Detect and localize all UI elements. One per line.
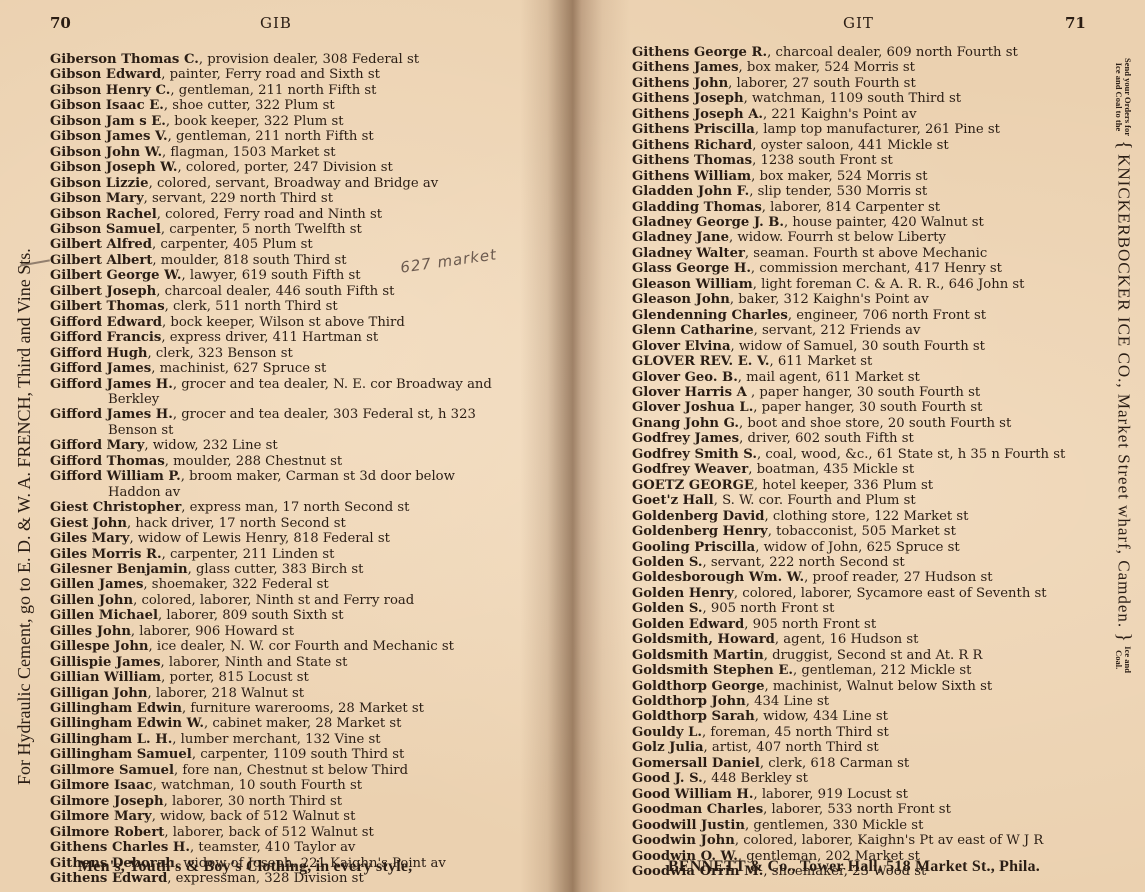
entry-name: Glass George H. (632, 261, 751, 276)
directory-entry: Glendenning Charles, engineer, 706 north… (632, 308, 1102, 323)
directory-entry: Gibson Mary, servant, 229 north Third st (50, 191, 510, 206)
entry-details: , slip tender, 530 Morris st (749, 184, 927, 199)
entry-details: , mail agent, 611 Market st (738, 370, 920, 385)
entry-name: Gillen James (50, 577, 143, 592)
directory-entry: Gilmore Isaac, watchman, 10 south Fourth… (50, 778, 510, 793)
entry-details: , artist, 407 north Third st (704, 740, 879, 755)
directory-entry: Gibson Lizzie, colored, servant, Broadwa… (50, 176, 510, 191)
directory-entry: Gladding Thomas, laborer, 814 Carpenter … (632, 200, 1102, 215)
entry-name: Good J. S. (632, 771, 703, 786)
directory-entry: Gillingham Edwin, furniture warerooms, 2… (50, 701, 510, 716)
directory-entry: Gilles John, laborer, 906 Howard st (50, 624, 510, 639)
ad-lead-text: Send your Orders for Ice and Coal to the (1115, 58, 1133, 136)
entry-name: Gilesner Benjamin (50, 562, 188, 577)
directory-entry: Goldthorp George, machinist, Walnut belo… (632, 679, 1102, 694)
entry-name: Githens Thomas (632, 153, 752, 168)
directory-entry: Giest Christopher, express man, 17 north… (50, 500, 510, 515)
running-head: GIT (843, 14, 874, 32)
entry-name: Gibson Joseph W. (50, 160, 178, 175)
entry-name: Gillingham Samuel (50, 747, 192, 762)
entry-details: , boatman, 435 Mickle st (748, 462, 914, 477)
entry-details: , colored, laborer, Sycamore east of Sev… (734, 586, 1047, 601)
directory-entry: Gifford Mary, widow, 232 Line st (50, 438, 510, 453)
entry-details: , proof reader, 27 Hudson st (804, 570, 992, 585)
directory-entry: Gleason William, light foreman C. & A. R… (632, 277, 1102, 292)
entry-details: , oyster saloon, 441 Mickle st (752, 138, 949, 153)
directory-entry: Gilbert Thomas, clerk, 511 north Third s… (50, 299, 510, 314)
directory-entry: Goodman Charles, laborer, 533 north Fron… (632, 802, 1102, 817)
entry-name: Gnang John G. (632, 416, 739, 431)
entry-details: , gentlemen, 330 Mickle st (745, 818, 923, 833)
directory-entry: Gillingham L. H., lumber merchant, 132 V… (50, 732, 510, 747)
entry-details: , 434 Line st (746, 694, 829, 709)
entry-name: Gillingham Edwin (50, 701, 182, 716)
entry-name: Githens Priscilla (632, 122, 755, 137)
entry-name: Gillispie James (50, 655, 161, 670)
directory-entry: Gladden John F., slip tender, 530 Morris… (632, 184, 1102, 199)
entry-name: Goldesborough Wm. W. (632, 570, 804, 585)
entry-name: Goodwin John (632, 833, 735, 848)
directory-entry: Gilbert Joseph, charcoal dealer, 446 sou… (50, 284, 510, 299)
entry-details: , box maker, 524 Morris st (751, 169, 927, 184)
entry-name: Gilbert Thomas (50, 299, 165, 314)
entry-details: , laborer, 30 north Third st (164, 794, 342, 809)
entry-name: Goldenberg David (632, 509, 765, 524)
entry-name: Gomersall Daniel (632, 756, 760, 771)
directory-entry: Gifford Hugh, clerk, 323 Benson st (50, 346, 510, 361)
entry-details: , laborer, 218 Walnut st (147, 686, 304, 701)
directory-entry: Giest John, hack driver, 17 north Second… (50, 516, 510, 531)
entry-details: , colored, laborer, Kaighn's Pt av east … (735, 833, 1044, 848)
entry-details: , 611 Market st (770, 354, 873, 369)
entry-name: Gilbert Joseph (50, 284, 156, 299)
directory-entry: Githens Charles H., teamster, 410 Taylor… (50, 840, 510, 855)
entry-name: Gifford Edward (50, 315, 162, 330)
entry-name: Githens Richard (632, 138, 752, 153)
directory-entry: Goldsmith Martin, druggist, Second st an… (632, 648, 1102, 663)
directory-entry: Githens William, box maker, 524 Morris s… (632, 169, 1102, 184)
left-page: 70 GIB Giberson Thomas C., provision dea… (0, 0, 560, 892)
directory-entry: GLOVER REV. E. V., 611 Market st (632, 354, 1102, 369)
entry-name: Good William H. (632, 787, 753, 802)
entry-name: Giles Mary (50, 531, 129, 546)
entry-details: , laborer, 814 Carpenter st (762, 200, 940, 215)
directory-entry: Goodwin John, colored, laborer, Kaighn's… (632, 833, 1102, 848)
directory-entry: Gilmore Joseph, laborer, 30 north Third … (50, 794, 510, 809)
entry-details: , watchman, 1109 south Third st (744, 91, 961, 106)
entry-details: , servant, 229 north Third st (144, 191, 333, 206)
entry-name: Gilmore Robert (50, 825, 164, 840)
entry-name: Gillen Michael (50, 608, 158, 623)
entry-name: Goodwill Justin (632, 818, 745, 833)
entry-details: , S. W. cor. Fourth and Plum st (714, 493, 916, 508)
entry-details: , express man, 17 north Second st (181, 500, 409, 515)
entry-name: Gifford William P. (50, 469, 181, 484)
entry-name: Glover Joshua L. (632, 400, 753, 415)
entry-details: , colored, porter, 247 Division st (178, 160, 393, 175)
entry-name: Gilmore Joseph (50, 794, 164, 809)
entry-name: Gladney Walter (632, 246, 745, 261)
directory-entry: Golden Henry, colored, laborer, Sycamore… (632, 586, 1102, 601)
entry-details: , moulder, 818 south Third st (152, 253, 346, 268)
entry-name: Godfrey James (632, 431, 739, 446)
entry-details: , laborer, 27 south Fourth st (728, 76, 916, 91)
entry-details: , clerk, 323 Benson st (148, 346, 293, 361)
entry-details: , light foreman C. & A. R. R., 646 John … (753, 277, 1025, 292)
entry-name: Gibson Samuel (50, 222, 161, 237)
directory-entry: Glenn Catharine, servant, 212 Friends av (632, 323, 1102, 338)
directory-entry: Gibson John W., flagman, 1503 Market st (50, 145, 510, 160)
entry-name: Glenn Catharine (632, 323, 754, 338)
entry-name: Gifford Francis (50, 330, 161, 345)
directory-entry: Gillingham Samuel, carpenter, 1109 south… (50, 747, 510, 762)
entry-name: Gifford Thomas (50, 454, 165, 469)
entry-details: , express driver, 411 Hartman st (161, 330, 378, 345)
entry-name: Gibson Jam s E. (50, 114, 166, 129)
entry-name: Gillespe John (50, 639, 149, 654)
directory-entry: Githens Joseph, watchman, 1109 south Thi… (632, 91, 1102, 106)
directory-entry: Gillen James, shoemaker, 322 Federal st (50, 577, 510, 592)
directory-entry: Gibson Edward, painter, Ferry road and S… (50, 67, 510, 82)
entry-name: Gilmore Mary (50, 809, 152, 824)
entry-details: , 1238 south Front st (752, 153, 893, 168)
directory-entry: Gifford Francis, express driver, 411 Har… (50, 330, 510, 345)
directory-entry: Gifford James, machinist, 627 Spruce st (50, 361, 510, 376)
entry-name: Gouldy L. (632, 725, 702, 740)
ad-lead-line: Send your Orders for (1124, 58, 1134, 136)
entry-details: , paper hanger, 30 south Fourth st (753, 400, 982, 415)
directory-entry: Gilesner Benjamin, glass cutter, 383 Bir… (50, 562, 510, 577)
entry-name: Gillen John (50, 593, 133, 608)
directory-entry: Good William H., laborer, 919 Locust st (632, 787, 1102, 802)
entry-details: , laborer, 906 Howard st (131, 624, 294, 639)
entry-details: , widow of John, 625 Spruce st (755, 540, 959, 555)
entry-details: , colored, Ferry road and Ninth st (157, 207, 382, 222)
entry-name: Gilmore Isaac (50, 778, 153, 793)
entry-details: , servant, 212 Friends av (754, 323, 921, 338)
directory-entry: Godfrey Smith S., coal, wood, &c., 61 St… (632, 447, 1102, 462)
entry-name: Glover Geo. B. (632, 370, 738, 385)
directory-entry: Gillespe John, ice dealer, N. W. cor Fou… (50, 639, 510, 654)
entry-name: Gladding Thomas (632, 200, 762, 215)
entry-details: , 905 north Front st (744, 617, 876, 632)
entry-name: Gibson Mary (50, 191, 144, 206)
entry-details: , hack driver, 17 north Second st (127, 516, 346, 531)
entry-name: Gilles John (50, 624, 131, 639)
entry-details: , colored, laborer, Ninth st and Ferry r… (133, 593, 414, 608)
entry-details: , carpenter, 5 north Twelfth st (161, 222, 362, 237)
entry-name: Githens Joseph A. (632, 107, 763, 122)
entry-name: Giest John (50, 516, 127, 531)
directory-entry: Godfrey James, driver, 602 south Fifth s… (632, 431, 1102, 446)
entry-details: , laborer, back of 512 Walnut st (164, 825, 373, 840)
entry-name: Githens George R. (632, 45, 767, 60)
directory-entry: Gomersall Daniel, clerk, 618 Carman st (632, 756, 1102, 771)
entry-details: , foreman, 45 north Third st (702, 725, 889, 740)
entry-details: , cabinet maker, 28 Market st (204, 716, 401, 731)
directory-entry: Gifford Edward, bock keeper, Wilson st a… (50, 315, 510, 330)
entry-name: Gifford James H. (50, 407, 173, 422)
directory-entry: Golden S., servant, 222 north Second st (632, 555, 1102, 570)
directory-entry: Gilmore Robert, laborer, back of 512 Wal… (50, 825, 510, 840)
entry-name: Gleason William (632, 277, 753, 292)
entry-name: Gibson Isaac E. (50, 98, 164, 113)
directory-entry: Gillmore Samuel, fore nan, Chestnut st b… (50, 763, 510, 778)
entry-details: , carpenter, 211 Linden st (162, 547, 335, 562)
directory-entry: Goldenberg Henry, tobacconist, 505 Marke… (632, 524, 1102, 539)
directory-entry: Glover Joshua L., paper hanger, 30 south… (632, 400, 1102, 415)
entry-name: Gillingham L. H. (50, 732, 172, 747)
entry-details: , gentleman, 212 Mickle st (793, 663, 971, 678)
page-number: 71 (1065, 14, 1086, 32)
entry-name: Glendenning Charles (632, 308, 788, 323)
entry-details: , laborer, 533 north Front st (763, 802, 951, 817)
entry-name: Gillmore Samuel (50, 763, 174, 778)
entry-details: , druggist, Second st and At. R R (764, 648, 983, 663)
entry-details: , paper hanger, 30 south Fourth st (747, 385, 980, 400)
entry-details: , teamster, 410 Taylor av (190, 840, 355, 855)
entry-details: , gentleman, 211 north Fifth st (170, 83, 376, 98)
entry-details: , servant, 222 north Second st (703, 555, 905, 570)
entry-details: , 448 Berkley st (703, 771, 808, 786)
directory-entry: Gibson Isaac E., shoe cutter, 322 Plum s… (50, 98, 510, 113)
entry-details: , book keeper, 322 Plum st (166, 114, 344, 129)
ad-company: KNICKERBOCKER ICE CO., Market Street wha… (1115, 154, 1134, 628)
directory-entry: Golden S., 905 north Front st (632, 601, 1102, 616)
entry-name: Golden Edward (632, 617, 744, 632)
book-spread: 70 GIB Giberson Thomas C., provision dea… (0, 0, 1145, 892)
directory-entry: Githens James, box maker, 524 Morris st (632, 60, 1102, 75)
directory-entry: Gooling Priscilla, widow of John, 625 Sp… (632, 540, 1102, 555)
entry-details: , bock keeper, Wilson st above Third (162, 315, 405, 330)
entry-details: , gentleman, 211 north Fifth st (168, 129, 374, 144)
entry-details: , carpenter, 1109 south Third st (192, 747, 404, 762)
entry-details: , glass cutter, 383 Birch st (188, 562, 364, 577)
entry-name: Gilbert Alfred (50, 237, 152, 252)
entry-name: Goodman Charles (632, 802, 763, 817)
entry-details: , clerk, 511 north Third st (165, 299, 338, 314)
directory-entry: Good J. S., 448 Berkley st (632, 771, 1102, 786)
entry-details: , carpenter, 405 Plum st (152, 237, 313, 252)
directory-entry: Goldsmith Stephen E., gentleman, 212 Mic… (632, 663, 1102, 678)
entry-name: Goldsmith Stephen E. (632, 663, 793, 678)
margin-advertisement: Send your Orders for Ice and Coal to the… (1112, 58, 1135, 673)
entry-details: , driver, 602 south Fifth st (739, 431, 914, 446)
entry-name: Gladney George J. B. (632, 215, 784, 230)
directory-entry: Gifford William P., broom maker, Carman … (50, 469, 510, 500)
entry-name: Goldthorp George (632, 679, 765, 694)
entry-details: , 905 north Front st (703, 601, 835, 616)
entry-details: , tobacconist, 505 Market st (768, 524, 956, 539)
directory-entry: Golz Julia, artist, 407 north Third st (632, 740, 1102, 755)
entry-details: , baker, 312 Kaighn's Point av (730, 292, 929, 307)
entry-details: , ice dealer, N. W. cor Fourth and Mecha… (149, 639, 454, 654)
entry-details: , laborer, 919 Locust st (753, 787, 907, 802)
entry-details: , moulder, 288 Chestnut st (165, 454, 342, 469)
directory-entry: Godfrey Weaver, boatman, 435 Mickle st (632, 462, 1102, 477)
entry-details: , provision dealer, 308 Federal st (199, 52, 419, 67)
entry-name: Githens Joseph (632, 91, 744, 106)
entry-name: Goldsmith, Howard (632, 632, 775, 647)
entry-details: , laborer, 809 south Sixth st (158, 608, 343, 623)
directory-entry: Gnang John G., boot and shoe store, 20 s… (632, 416, 1102, 431)
entry-details: , widow, 434 Line st (755, 709, 888, 724)
directory-entry: Gillian William, porter, 815 Locust st (50, 670, 510, 685)
entry-details: , clerk, 618 Carman st (760, 756, 909, 771)
entry-details: , widow of Samuel, 30 south Fourth st (731, 339, 985, 354)
directory-entry: Glover Geo. B., mail agent, 611 Market s… (632, 370, 1102, 385)
entry-details: , commission merchant, 417 Henry st (751, 261, 1002, 276)
directory-entry: Giles Morris R., carpenter, 211 Linden s… (50, 547, 510, 562)
entry-name: Goldthorp Sarah (632, 709, 755, 724)
entry-name: Githens James (632, 60, 739, 75)
entry-name: Golden Henry (632, 586, 734, 601)
directory-entry: Gifford James H., grocer and tea dealer,… (50, 377, 510, 408)
directory-entry: Gleason John, baker, 312 Kaighn's Point … (632, 292, 1102, 307)
entry-name: Golden S. (632, 601, 703, 616)
entry-name: GOETZ GEORGE (632, 478, 754, 493)
entry-name: Golz Julia (632, 740, 704, 755)
directory-entries: Giberson Thomas C., provision dealer, 30… (50, 52, 510, 886)
page-number: 70 (50, 14, 71, 32)
directory-entry: Githens Joseph A., 221 Kaighn's Point av (632, 107, 1102, 122)
entry-name: Glover Harris A (632, 385, 747, 400)
entry-name: Gillian William (50, 670, 161, 685)
entry-name: Goet'z Hall (632, 493, 714, 508)
entry-name: Gilligan John (50, 686, 147, 701)
entry-name: Giest Christopher (50, 500, 181, 515)
directory-entry: Gibson Samuel, carpenter, 5 north Twelft… (50, 222, 510, 237)
entry-details: , shoe cutter, 322 Plum st (164, 98, 335, 113)
directory-entry: Gladney Walter, seaman. Fourth st above … (632, 246, 1102, 261)
page-footer-ad: Men's, Youth's & Boy's Clothing, in ever… (78, 858, 412, 876)
directory-entry: Goldthorp Sarah, widow, 434 Line st (632, 709, 1102, 724)
entry-name: Godfrey Weaver (632, 462, 748, 477)
ad-tail-line: Coal. (1115, 650, 1125, 669)
entry-details: , house painter, 420 Walnut st (784, 215, 984, 230)
directory-entry: Githens Richard, oyster saloon, 441 Mick… (632, 138, 1102, 153)
entry-name: Giberson Thomas C. (50, 52, 199, 67)
directory-entry: Goldthorp John, 434 Line st (632, 694, 1102, 709)
entry-details: , lumber merchant, 132 Vine st (172, 732, 380, 747)
directory-entry: Gilligan John, laborer, 218 Walnut st (50, 686, 510, 701)
entry-details: , shoemaker, 322 Federal st (143, 577, 328, 592)
directory-entry: Githens John, laborer, 27 south Fourth s… (632, 76, 1102, 91)
entry-details: , charcoal dealer, 446 south Fifth st (156, 284, 394, 299)
entry-name: Godfrey Smith S. (632, 447, 757, 462)
directory-entry: Gillen John, colored, laborer, Ninth st … (50, 593, 510, 608)
entry-details: , engineer, 706 north Front st (788, 308, 986, 323)
entry-name: Gibson James V. (50, 129, 168, 144)
entry-name: Gifford Mary (50, 438, 144, 453)
entry-details: , machinist, 627 Spruce st (151, 361, 326, 376)
directory-entry: GOETZ GEORGE, hotel keeper, 336 Plum st (632, 478, 1102, 493)
directory-entry: Gibson James V., gentleman, 211 north Fi… (50, 129, 510, 144)
entry-name: Githens John (632, 76, 728, 91)
entry-name: Gibson Lizzie (50, 176, 149, 191)
brace-open: { (1113, 140, 1135, 150)
directory-entry: Goldenberg David, clothing store, 122 Ma… (632, 509, 1102, 524)
directory-entry: Giberson Thomas C., provision dealer, 30… (50, 52, 510, 67)
entry-name: Gibson John W. (50, 145, 162, 160)
entry-name: Gladney Jane (632, 230, 729, 245)
directory-entry: Gibson Joseph W., colored, porter, 247 D… (50, 160, 510, 175)
directory-entry: Glover Harris A , paper hanger, 30 south… (632, 385, 1102, 400)
margin-advertisement: For Hydraulic Cement, go to E. D. & W. A… (14, 248, 35, 785)
entry-name: Githens Charles H. (50, 840, 190, 855)
entry-details: , clothing store, 122 Market st (765, 509, 969, 524)
directory-entry: Gibson Rachel, colored, Ferry road and N… (50, 207, 510, 222)
entry-name: Goldsmith Martin (632, 648, 764, 663)
directory-entry: Githens George R., charcoal dealer, 609 … (632, 45, 1102, 60)
directory-entry: Glover Elvina, widow of Samuel, 30 south… (632, 339, 1102, 354)
directory-entry: Gibson Henry C., gentleman, 211 north Fi… (50, 83, 510, 98)
entry-details: , widow, back of 512 Walnut st (152, 809, 356, 824)
entry-name: Gibson Edward (50, 67, 161, 82)
directory-entry: Goldsmith, Howard, agent, 16 Hudson st (632, 632, 1102, 647)
entry-details: , painter, Ferry road and Sixth st (161, 67, 380, 82)
entry-details: , fore nan, Chestnut st below Third (174, 763, 408, 778)
directory-entry: Goodwill Justin, gentlemen, 330 Mickle s… (632, 818, 1102, 833)
brace-close: } (1113, 632, 1135, 642)
directory-entry: Glass George H., commission merchant, 41… (632, 261, 1102, 276)
directory-entry: Gillingham Edwin W., cabinet maker, 28 M… (50, 716, 510, 731)
entry-details: , colored, servant, Broadway and Bridge … (149, 176, 439, 191)
directory-entry: Goldesborough Wm. W., proof reader, 27 H… (632, 570, 1102, 585)
entry-name: Gleason John (632, 292, 730, 307)
entry-name: Giles Morris R. (50, 547, 162, 562)
directory-entry: Golden Edward, 905 north Front st (632, 617, 1102, 632)
entry-details: , laborer, Ninth and State st (161, 655, 348, 670)
directory-entry: Gladney Jane, widow. Fourrh st below Lib… (632, 230, 1102, 245)
entry-details: , coal, wood, &c., 61 State st, h 35 n F… (757, 447, 1065, 462)
entry-details: , agent, 16 Hudson st (775, 632, 919, 647)
entry-name: Goldthorp John (632, 694, 746, 709)
directory-entries: Githens George R., charcoal dealer, 609 … (632, 45, 1102, 879)
entry-details: , 221 Kaighn's Point av (763, 107, 917, 122)
directory-entry: Gifford Thomas, moulder, 288 Chestnut st (50, 454, 510, 469)
entry-details: , hotel keeper, 336 Plum st (754, 478, 933, 493)
right-page: GIT 71 Githens George R., charcoal deale… (590, 0, 1145, 892)
entry-name: Githens William (632, 169, 751, 184)
entry-name: Gifford Hugh (50, 346, 148, 361)
entry-name: Gilbert George W. (50, 268, 181, 283)
entry-details: , seaman. Fourth st above Mechanic (745, 246, 987, 261)
entry-name: Gilbert Albert (50, 253, 152, 268)
entry-name: Goldenberg Henry (632, 524, 768, 539)
ad-tail-line: Ice and (1124, 646, 1134, 673)
entry-details: , machinist, Walnut below Sixth st (765, 679, 993, 694)
directory-entry: Gifford James H., grocer and tea dealer,… (50, 407, 510, 438)
entry-details: , furniture warerooms, 28 Market st (182, 701, 424, 716)
directory-entry: Githens Priscilla, lamp top manufacturer… (632, 122, 1102, 137)
entry-name: Gladden John F. (632, 184, 749, 199)
entry-details: , box maker, 524 Morris st (739, 60, 915, 75)
entry-details: , lamp top manufacturer, 261 Pine st (755, 122, 1000, 137)
entry-name: Gooling Priscilla (632, 540, 755, 555)
directory-entry: Gilbert Alfred, carpenter, 405 Plum st (50, 237, 510, 252)
entry-details: , widow of Lewis Henry, 818 Federal st (129, 531, 389, 546)
entry-name: Gibson Rachel (50, 207, 157, 222)
ad-lead-line: Ice and Coal to the (1115, 63, 1125, 131)
entry-details: , watchman, 10 south Fourth st (153, 778, 362, 793)
entry-name: Gillingham Edwin W. (50, 716, 204, 731)
entry-details: , widow, 232 Line st (144, 438, 277, 453)
running-head: GIB (260, 14, 292, 32)
entry-details: , porter, 815 Locust st (161, 670, 309, 685)
entry-details: , flagman, 1503 Market st (162, 145, 336, 160)
directory-entry: Gilmore Mary, widow, back of 512 Walnut … (50, 809, 510, 824)
